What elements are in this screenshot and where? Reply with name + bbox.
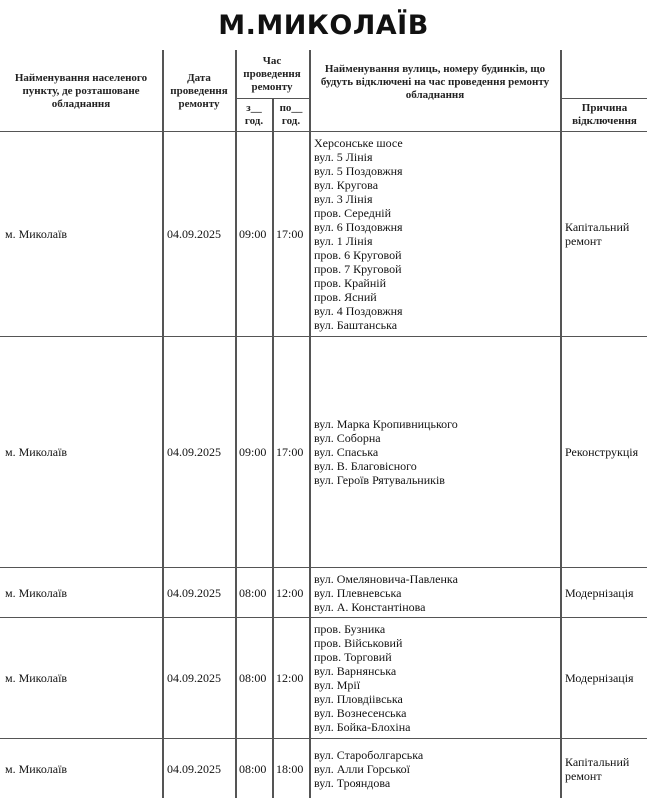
date-cell: 04.09.2025 [167,739,233,798]
reason-cell: Модернізація [565,568,645,617]
header-streets: Найменування вулиць, номеру будинків, що… [312,52,558,112]
date-cell: 04.09.2025 [167,568,233,617]
street-item: пров. Ясний [314,290,377,304]
header-reason: Причина відключення [562,99,647,131]
street-item: вул. Героїв Рятувальників [314,473,445,487]
street-item: вул. Вознесенська [314,706,407,720]
time-from-cell: 09:00 [239,132,271,336]
header-time-to: по__ год. [273,99,309,131]
page-title: М.МИКОЛАЇВ [0,10,647,41]
street-item: вул. 5 Лінія [314,150,372,164]
street-item: пров. 6 Круговой [314,248,402,262]
street-item: вул. Марка Кропивницького [314,417,458,431]
time-to-cell: 18:00 [276,739,308,798]
column-divider [235,50,237,798]
header-date: Дата проведення ремонту [164,52,234,131]
streets-cell: пров. Бузникапров. Військовийпров. Торго… [314,618,558,738]
street-item: вул. Баштанська [314,318,397,332]
locality-cell: м. Миколаїв [5,618,160,738]
street-item: вул. Алли Горської [314,762,410,776]
time-from-cell: 08:00 [239,618,271,738]
street-item: пров. Бузника [314,622,385,636]
street-item: вул. Трояндова [314,776,390,790]
header-time: Час проведення ремонту [236,50,308,98]
street-item: вул. 5 Поздовжня [314,164,403,178]
street-item: вул. А. Константінова [314,600,426,614]
reason-header-top-border [560,98,647,99]
locality-cell: м. Миколаїв [5,568,160,617]
street-item: пров. Торговий [314,650,392,664]
reason-cell: Капітальний ремонт [565,132,645,336]
street-item: вул. 4 Поздовжня [314,304,403,318]
locality-cell: м. Миколаїв [5,739,160,798]
locality-cell: м. Миколаїв [5,337,160,567]
time-from-cell: 08:00 [239,739,271,798]
streets-cell: вул. Марка Кропивницькоговул. Соборнавул… [314,337,558,567]
streets-cell: вул. Омеляновича-Павленкавул. Плевневськ… [314,568,558,617]
date-cell: 04.09.2025 [167,132,233,336]
time-to-cell: 17:00 [276,132,308,336]
street-item: пров. Крайній [314,276,386,290]
street-item: вул. Соборна [314,431,381,445]
streets-cell: Херсонське шосевул. 5 Лініявул. 5 Поздов… [314,132,558,336]
street-item: Херсонське шосе [314,136,403,150]
street-item: вул. 6 Поздовжня [314,220,403,234]
column-divider [560,50,562,798]
reason-cell: Реконструкція [565,337,645,567]
street-item: вул. В. Благовісного [314,459,417,473]
header-locality: Найменування населеного пункту, де розта… [4,52,158,131]
street-item: вул. Варнянська [314,664,396,678]
column-divider [272,98,274,798]
reason-cell: Модернізація [565,618,645,738]
street-item: вул. 3 Лінія [314,192,372,206]
street-item: пров. 7 Круговой [314,262,402,276]
time-to-cell: 12:00 [276,568,308,617]
header-time-from: з__ год. [236,99,272,131]
street-item: пров. Середній [314,206,391,220]
street-item: вул. 1 Лінія [314,234,372,248]
street-item: вул. Мрії [314,678,360,692]
reason-cell: Капітальний ремонт [565,739,645,798]
street-item: пров. Військовий [314,636,402,650]
street-item: вул. Староболгарська [314,748,423,762]
street-item: вул. Омеляновича-Павленка [314,572,458,586]
date-cell: 04.09.2025 [167,618,233,738]
date-cell: 04.09.2025 [167,337,233,567]
street-item: вул. Пловдіівська [314,692,403,706]
street-item: вул. Плевневська [314,586,401,600]
street-item: вул. Кругова [314,178,378,192]
street-item: вул. Спаська [314,445,378,459]
time-to-cell: 17:00 [276,337,308,567]
time-from-cell: 09:00 [239,337,271,567]
street-item: вул. Бойка-Блохіна [314,720,411,734]
column-divider [162,50,164,798]
time-from-cell: 08:00 [239,568,271,617]
streets-cell: вул. Староболгарськавул. Алли Горськоїву… [314,739,558,798]
time-to-cell: 12:00 [276,618,308,738]
column-divider [309,50,311,798]
locality-cell: м. Миколаїв [5,132,160,336]
